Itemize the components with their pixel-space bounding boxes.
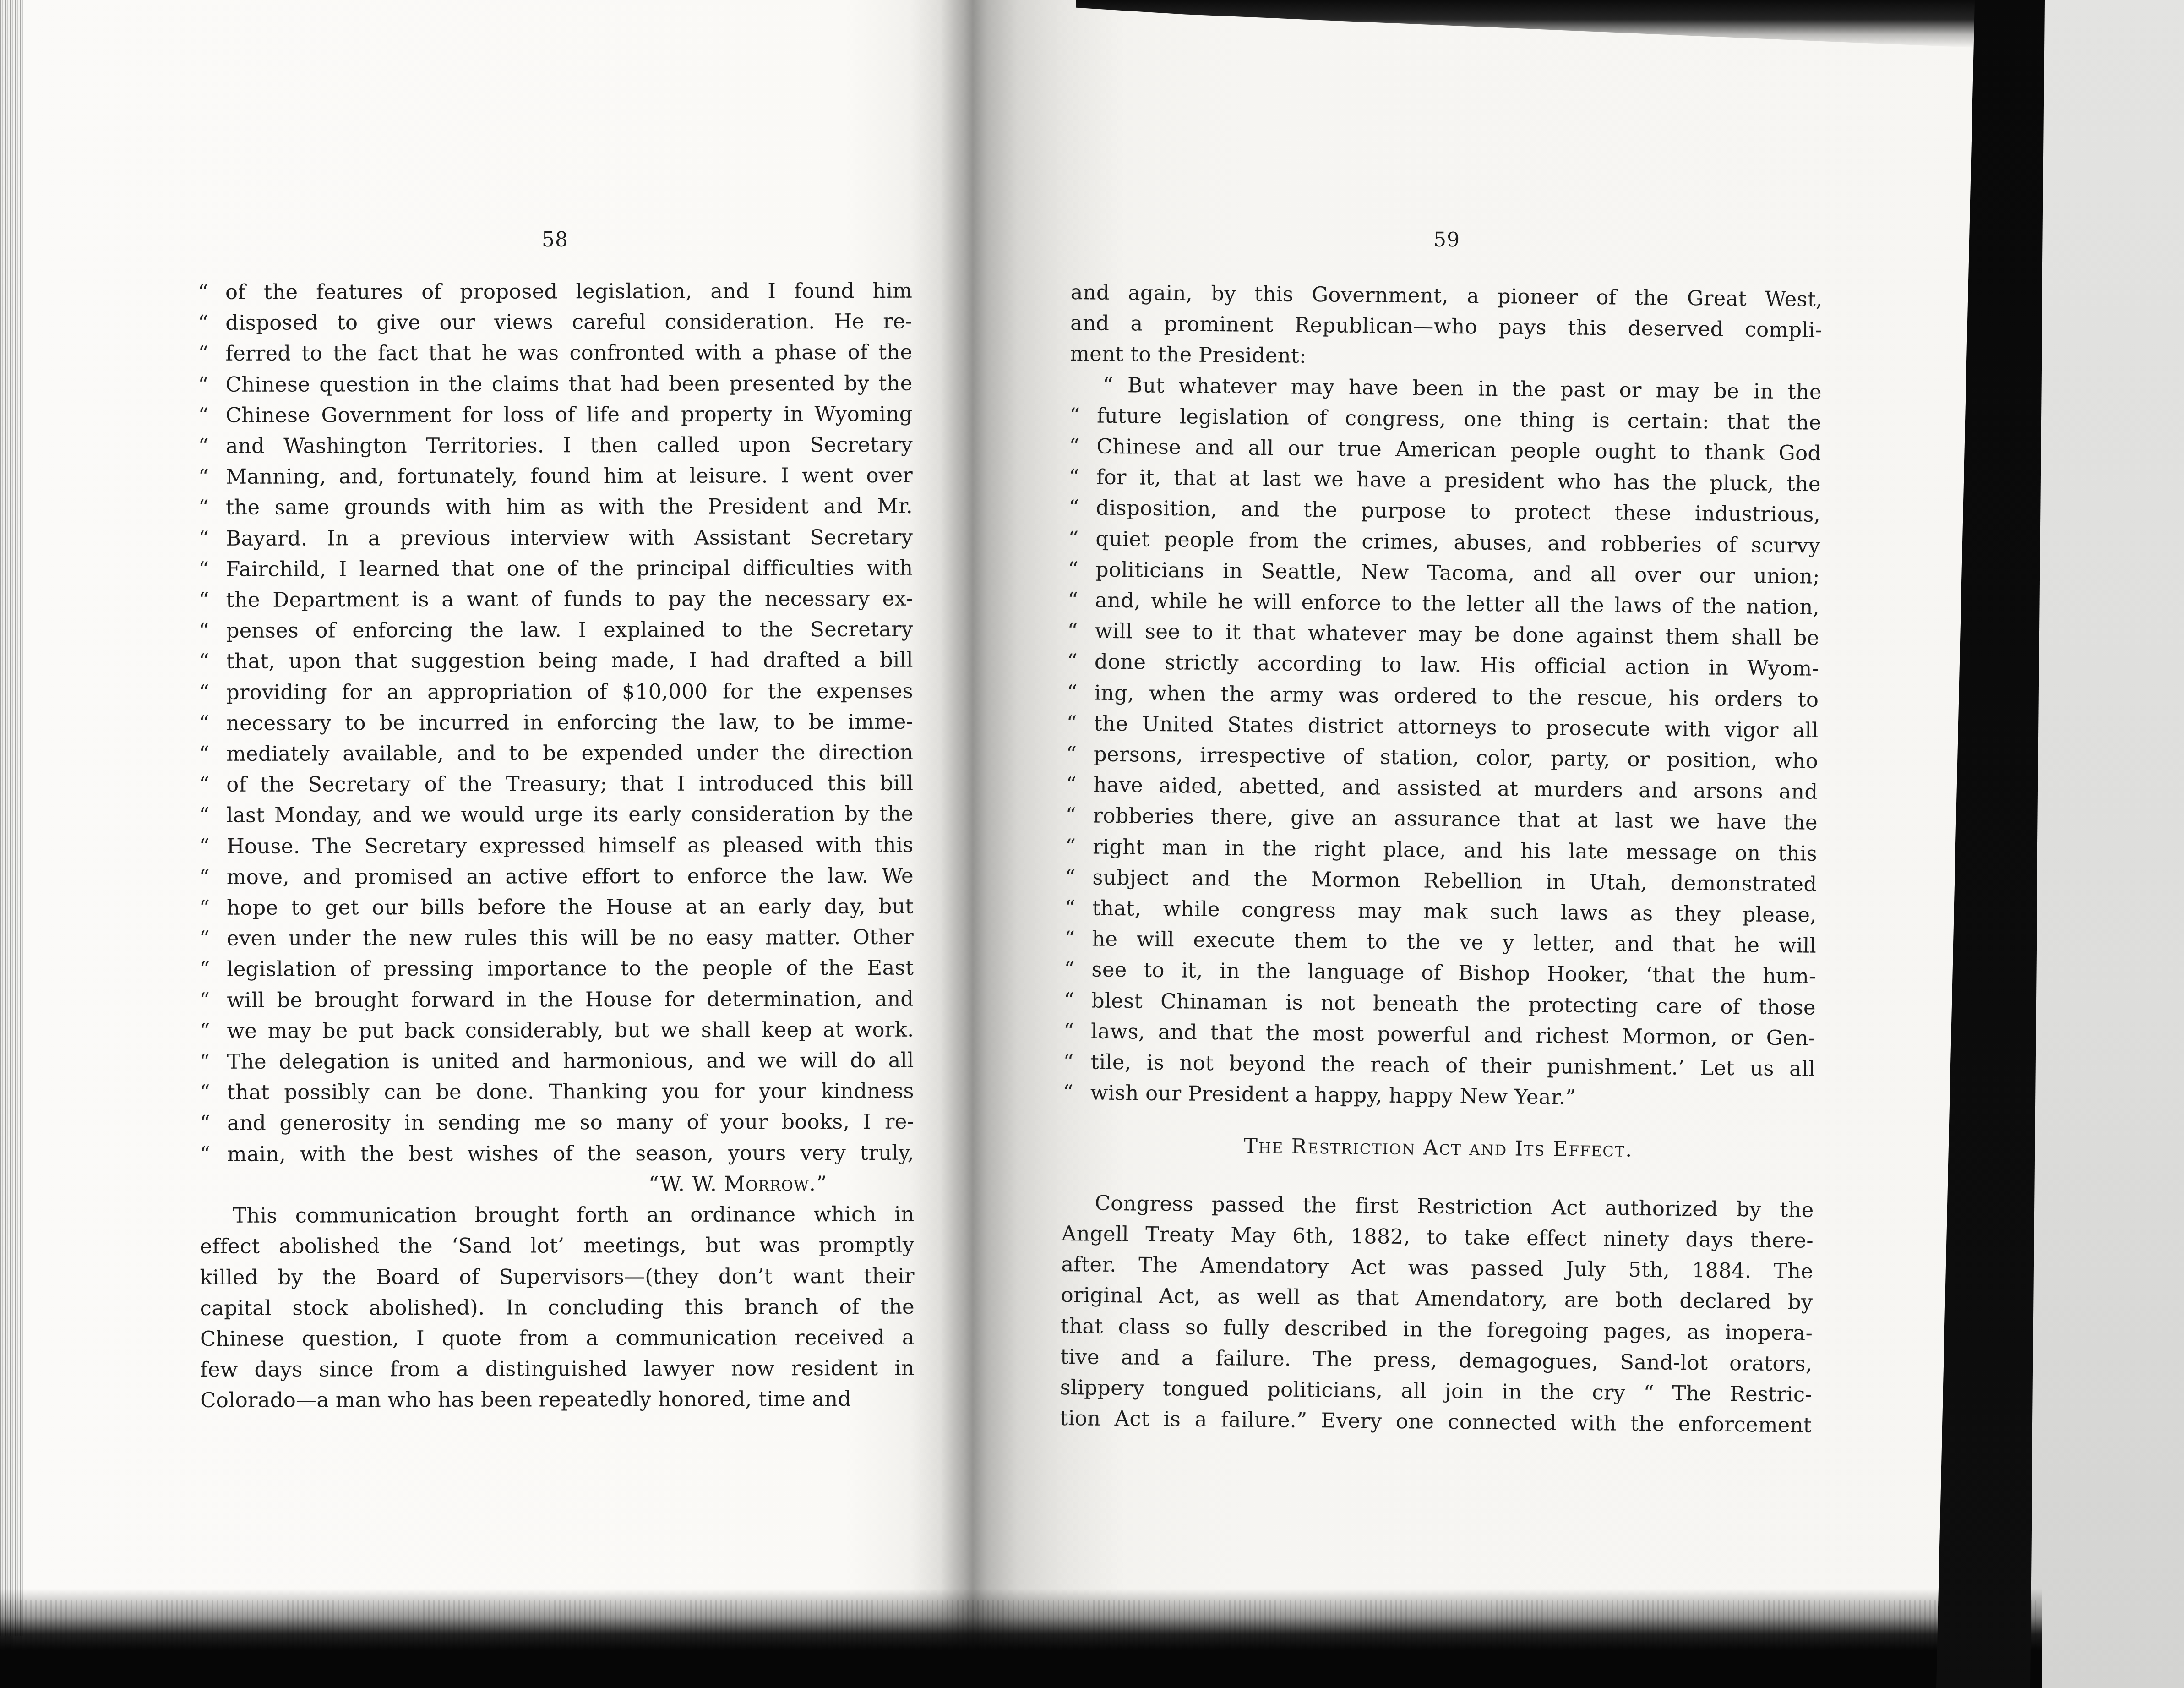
hanging-quote-mark: “: [199, 954, 210, 984]
left-page-text: “ of the features of proposed legislatio…: [198, 275, 915, 1416]
hanging-quote-mark: “: [198, 338, 208, 369]
text-line: “ that possibly can be done. Thanking yo…: [200, 1076, 914, 1108]
hanging-quote-mark: “: [199, 677, 209, 708]
text-line: The Restriction Act and Its Effect.: [1062, 1129, 1814, 1167]
line-text: few days since from a distinguished lawy…: [200, 1353, 915, 1385]
hanging-quote-mark: “: [199, 862, 210, 892]
line-text: main, with the best wishes of the season…: [227, 1137, 914, 1169]
hanging-quote-mark: “: [199, 615, 209, 646]
text-line: “ even under the new rules this will be …: [199, 922, 914, 954]
line-text: necessary to be incurred in enforcing th…: [226, 706, 913, 738]
line-text: will be brought forward in the House for…: [227, 983, 914, 1015]
right-page-text: and again, by this Government, a pioneer…: [1060, 277, 1823, 1441]
line-text: even under the new rules this will be no…: [227, 922, 914, 954]
hanging-quote-mark: “: [1067, 677, 1078, 708]
text-line: Chinese question, I quote from a communi…: [200, 1322, 915, 1354]
text-line: “ Chinese question in the claims that ha…: [198, 367, 912, 399]
hanging-quote-mark: “: [199, 892, 210, 923]
text-line: “ move, and promised an active effort to…: [199, 860, 914, 892]
line-text: legislation of pressing importance to th…: [227, 952, 914, 984]
hanging-quote-mark: “: [1068, 523, 1079, 554]
text-line: “ Bayard. In a previous interview with A…: [198, 521, 913, 553]
line-text: The delegation is united and harmonious,…: [227, 1045, 914, 1077]
line-text: move, and promised an active effort to e…: [227, 860, 914, 892]
hanging-quote-mark: “: [1069, 431, 1080, 461]
text-line: “ the Department is a want of funds to p…: [198, 583, 913, 615]
text-line: “ Manning, and, fortunately, found him a…: [198, 460, 913, 492]
text-line: “ and generosity in sending me so many o…: [200, 1106, 914, 1138]
line-text: Fairchild, I learned that one of the pri…: [226, 552, 913, 585]
text-line: “ last Monday, and we would urge its ear…: [199, 798, 913, 830]
hanging-quote-mark: “: [1065, 862, 1076, 892]
line-text: hope to get our bills before the House a…: [227, 891, 914, 923]
hanging-quote-mark: “: [1064, 985, 1075, 1016]
hanging-quote-mark: “: [1068, 492, 1079, 523]
hanging-quote-mark: “: [198, 307, 208, 338]
hanging-quote-mark: “: [198, 585, 209, 615]
text-line: “ of the features of proposed legislatio…: [198, 275, 912, 307]
hanging-quote-mark: “: [1067, 585, 1078, 615]
line-text: ferred to the fact that he was confronte…: [225, 337, 912, 369]
hanging-quote-mark: “: [198, 400, 209, 431]
line-text: of the features of proposed legislation,…: [225, 275, 912, 307]
text-line: effect abolished the ‘Sand lot’ meetings…: [200, 1229, 914, 1262]
hanging-quote-mark: “: [1064, 923, 1075, 954]
text-line: “ hope to get our bills before the House…: [199, 891, 914, 923]
text-line: “ wish our President a happy, happy New …: [1063, 1077, 1815, 1115]
line-text: Chinese question, I quote from a communi…: [200, 1322, 915, 1354]
line-text: capital stock abolished). In concluding …: [200, 1291, 915, 1323]
hanging-quote-mark: “: [199, 831, 210, 862]
text-line: “ necessary to be incurred in enforcing …: [199, 706, 913, 738]
hanging-quote-mark: “: [198, 523, 209, 554]
hanging-quote-mark: “: [1069, 400, 1080, 431]
line-text: the Department is a want of funds to pay…: [226, 583, 913, 615]
hanging-quote-mark: “: [199, 1016, 210, 1046]
text-line: “ penses of enforcing the law. I explain…: [199, 614, 913, 646]
line-text: we may be put back considerably, but we …: [227, 1014, 914, 1046]
text-line: “ disposed to give our views careful con…: [198, 306, 912, 338]
line-text: the same grounds with him as with the Pr…: [226, 491, 913, 523]
text-line: few days since from a distinguished lawy…: [200, 1353, 915, 1385]
line-text: that possibly can be done. Thanking you …: [227, 1076, 914, 1108]
hanging-quote-mark: “: [1063, 1046, 1074, 1077]
hanging-quote-mark: “: [198, 492, 209, 523]
line-text: of the Secretary of the Treasury; that I…: [226, 768, 913, 800]
line-text: effect abolished the ‘Sand lot’ meetings…: [200, 1229, 914, 1262]
text-line: killed by the Board of Supervisors—(they…: [200, 1260, 915, 1292]
hanging-quote-mark: “: [1066, 738, 1077, 769]
line-text: House. The Secretary expressed himself a…: [227, 829, 914, 861]
text-line: “W. W. Morrow.”: [200, 1168, 914, 1200]
line-text: The Restriction Act and Its Effect.: [1062, 1129, 1814, 1167]
hanging-quote-mark: “: [1063, 1077, 1074, 1108]
line-text: penses of enforcing the law. I explained…: [226, 614, 913, 646]
line-text: Manning, and, fortunately, found him at …: [226, 460, 913, 492]
hanging-quote-mark: “: [199, 769, 209, 800]
hanging-quote-mark: “: [200, 1139, 210, 1169]
text-line: capital stock abolished). In concluding …: [200, 1291, 915, 1323]
hanging-quote-mark: “: [198, 369, 208, 400]
hanging-quote-mark: “: [198, 554, 209, 585]
hanging-quote-mark: “: [199, 738, 209, 769]
hanging-quote-mark: “: [1065, 831, 1076, 862]
text-line: “ the same grounds with him as with the …: [198, 491, 913, 523]
hanging-quote-mark: “: [198, 431, 209, 461]
hanging-quote-mark: “: [1063, 1016, 1074, 1046]
text-line: “ House. The Secretary expressed himself…: [199, 829, 914, 861]
line-text: wish our President a happy, happy New Ye…: [1090, 1077, 1815, 1115]
line-text: Chinese question in the claims that had …: [225, 367, 912, 399]
hanging-quote-mark: “: [199, 646, 209, 677]
line-text: that, upon that suggestion being made, I…: [226, 645, 913, 677]
hanging-quote-mark: “: [199, 923, 210, 954]
hanging-quote-mark: “: [199, 708, 209, 738]
line-text: mediately available, and to be expended …: [226, 737, 913, 769]
line-text: disposed to give our views careful consi…: [225, 306, 912, 338]
text-line: “ The delegation is united and harmoniou…: [200, 1045, 914, 1077]
line-text: Bayard. In a previous interview with Ass…: [226, 521, 913, 553]
line-text: and Washington Territories. I then calle…: [226, 429, 913, 461]
line-text: “W. W. Morrow.”: [200, 1168, 914, 1200]
text-line: “ will be brought forward in the House f…: [199, 983, 914, 1015]
hanging-quote-mark: “: [200, 1108, 210, 1138]
hanging-quote-mark: “: [200, 1077, 210, 1108]
hanging-quote-mark: “: [1068, 461, 1079, 492]
line-text: last Monday, and we would urge its early…: [226, 798, 913, 830]
text-line: “ we may be put back considerably, but w…: [199, 1014, 914, 1046]
hanging-quote-mark: “: [199, 985, 210, 1016]
text-line: “ providing for an appropriation of $10,…: [199, 675, 913, 707]
hanging-quote-mark: “: [199, 800, 209, 830]
book-scan: 58 59 “ of the features of proposed legi…: [0, 0, 2184, 1688]
hanging-quote-mark: “: [1066, 769, 1077, 800]
text-line: “ that, upon that suggestion being made,…: [199, 645, 913, 677]
text-line: “ main, with the best wishes of the seas…: [200, 1137, 914, 1169]
hanging-quote-mark: “: [1064, 892, 1075, 923]
text-line: This communication brought forth an ordi…: [200, 1199, 914, 1231]
text-line: “ and Washington Territories. I then cal…: [198, 429, 913, 461]
scan-bottom-shadow: [0, 1589, 2042, 1688]
text-line: “ mediately available, and to be expende…: [199, 737, 913, 769]
hanging-quote-mark: “: [1067, 646, 1078, 677]
hanging-quote-mark: “: [198, 277, 208, 307]
hanging-quote-mark: “: [1066, 708, 1077, 738]
hanging-quote-mark: “: [1065, 800, 1076, 830]
hanging-quote-mark: “: [1068, 554, 1079, 585]
line-text: and generosity in sending me so many of …: [227, 1106, 914, 1138]
line-text: Colorado—a man who has been repeatedly h…: [200, 1383, 915, 1415]
page-number-left: 58: [198, 228, 912, 251]
line-text: providing for an appropriation of $10,00…: [226, 675, 913, 707]
hanging-quote-mark: “: [1064, 954, 1075, 984]
text-line: “ ferred to the fact that he was confron…: [198, 337, 912, 369]
page-edge-stripes: [0, 0, 23, 1636]
line-text: This communication brought forth an ordi…: [200, 1199, 914, 1231]
text-line: “ Fairchild, I learned that one of the p…: [198, 552, 913, 585]
line-text: killed by the Board of Supervisors—(they…: [200, 1260, 915, 1292]
line-text: Chinese Government for loss of life and …: [226, 399, 913, 431]
text-line: “ of the Secretary of the Treasury; that…: [199, 768, 913, 800]
hanging-quote-mark: “: [200, 1046, 210, 1077]
hanging-quote-mark: “: [198, 461, 209, 492]
hanging-quote-mark: “: [1067, 615, 1078, 646]
text-line: “ legislation of pressing importance to …: [199, 952, 914, 984]
text-line: “ Chinese Government for loss of life an…: [198, 399, 913, 431]
text-line: Colorado—a man who has been repeatedly h…: [200, 1383, 915, 1415]
